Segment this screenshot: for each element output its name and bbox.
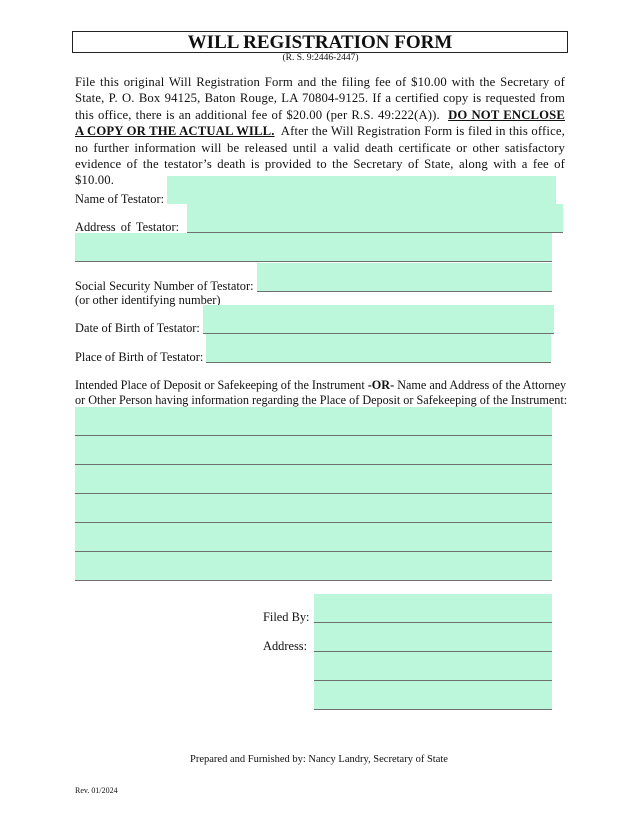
ssn-label: Social Security Number of Testator: [75, 279, 254, 293]
deposit-line-field[interactable] [75, 465, 552, 494]
name-label: Name of Testator: [75, 192, 164, 206]
address-of-testator-field[interactable] [187, 204, 563, 233]
filed-by-label: Filed By: [263, 610, 309, 624]
deposit-line-input[interactable] [75, 523, 552, 551]
deposit-label-part2: Name and Address of the Attorney [394, 378, 566, 392]
deposit-label-line1: Intended Place of Deposit or Safekeeping… [75, 378, 575, 393]
deposit-line-input[interactable] [75, 436, 552, 464]
deposit-label-line2: or Other Person having information regar… [75, 393, 575, 408]
deposit-line-input[interactable] [75, 465, 552, 493]
filer-address-line-field[interactable] [314, 681, 552, 710]
date-of-birth-field[interactable] [203, 305, 554, 334]
address-label: Address of Testator: [75, 220, 179, 234]
dob-label: Date of Birth of Testator: [75, 321, 200, 335]
deposit-line-input[interactable] [75, 552, 552, 580]
deposit-label-part1: Intended Place of Deposit or Safekeeping… [75, 378, 368, 392]
address-of-testator-input[interactable] [187, 204, 563, 232]
ssn-input[interactable] [257, 263, 552, 291]
address-of-testator-line2-input[interactable] [75, 233, 552, 261]
filer-address-line-field[interactable] [314, 652, 552, 681]
filer-address-line-input[interactable] [314, 681, 552, 709]
deposit-label: Intended Place of Deposit or Safekeeping… [75, 378, 575, 408]
deposit-line-field[interactable] [75, 407, 552, 436]
deposit-line-input[interactable] [75, 494, 552, 522]
deposit-line-input[interactable] [75, 407, 552, 435]
deposit-or-text: -OR- [368, 378, 394, 392]
deposit-line-field[interactable] [75, 552, 552, 581]
name-of-testator-field[interactable] [167, 176, 556, 204]
ssn-field[interactable] [257, 263, 552, 292]
deposit-line-field[interactable] [75, 494, 552, 523]
date-of-birth-input[interactable] [203, 305, 554, 333]
filer-address-line-input[interactable] [314, 652, 552, 680]
statute-reference: (R. S. 9:2446-2447) [72, 53, 569, 64]
filer-address-line-input[interactable] [314, 623, 552, 651]
place-of-birth-field[interactable] [206, 334, 551, 363]
ssn-sublabel: (or other identifying number) [75, 293, 221, 307]
address-of-testator-line2-field[interactable] [75, 233, 552, 262]
filed-by-input[interactable] [314, 594, 552, 622]
place-of-birth-input[interactable] [206, 334, 551, 362]
filer-address-line-field[interactable] [314, 623, 552, 652]
filer-address-label: Address: [263, 639, 307, 653]
deposit-line-field[interactable] [75, 523, 552, 552]
filed-by-field[interactable] [314, 594, 552, 623]
instructions-paragraph: File this original Will Registration For… [75, 74, 565, 189]
deposit-line-field[interactable] [75, 436, 552, 465]
name-of-testator-input[interactable] [167, 176, 556, 204]
form-title: WILL REGISTRATION FORM [72, 31, 568, 53]
pob-label: Place of Birth of Testator: [75, 350, 203, 364]
revision-text: Rev. 01/2024 [75, 786, 118, 795]
prepared-by-text: Prepared and Furnished by: Nancy Landry,… [190, 754, 448, 765]
